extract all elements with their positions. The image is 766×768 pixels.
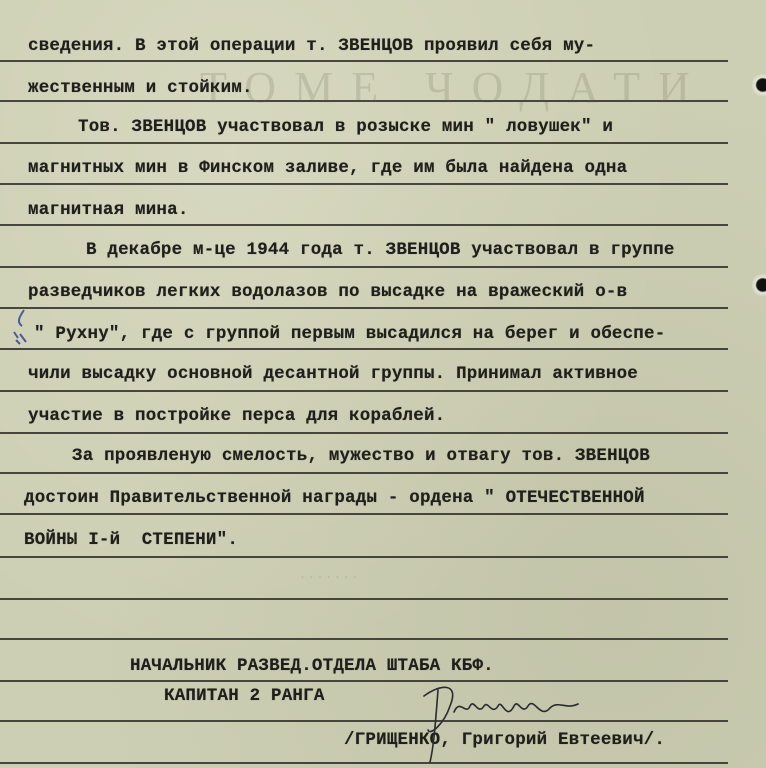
text-line: разведчиков легких водолазов по высадке … [28, 282, 627, 302]
text-line: За проявленую смелость, мужество и отваг… [72, 446, 650, 466]
text-line: магнитная мина. [28, 200, 189, 220]
text-line: Тов. ЗВЕНЦОВ участвовал в розыске мин " … [78, 117, 613, 137]
ruled-line [0, 598, 728, 600]
text-line: В декабре м-це 1944 года т. ЗВЕНЦОВ учас… [86, 240, 675, 260]
ruled-line [0, 348, 728, 350]
text-line: магнитных мин в Финском заливе, где им б… [28, 158, 627, 178]
ruled-line [0, 556, 728, 558]
ruled-line [0, 307, 728, 309]
signatory-position: НАЧАЛЬНИК РАЗВЕД.ОТДЕЛА ШТАБА КБФ. [130, 656, 494, 676]
bleed-through-text: · · · · · · · [300, 570, 357, 587]
punch-hole [752, 272, 766, 298]
ruled-line [0, 432, 728, 434]
ruled-line [0, 638, 728, 640]
ruled-line [0, 142, 728, 144]
ruled-line [0, 720, 728, 722]
ruled-line [0, 390, 728, 392]
text-line: сведения. В этой операции т. ЗВЕНЦОВ про… [28, 36, 595, 56]
ruled-line [0, 680, 728, 682]
bleed-through-text: ТОМЕ ЧОДАТИ [200, 62, 708, 113]
ruled-line [0, 224, 728, 226]
ruled-line [0, 472, 728, 474]
text-line: участие в постройке перса для кораблей. [28, 406, 445, 426]
text-line: " Рухну", где с группой первым высадился… [34, 324, 665, 344]
signatory-rank: КАПИТАН 2 РАНГА [164, 686, 325, 706]
ruled-line [0, 266, 728, 268]
ruled-line [0, 183, 728, 185]
text-line: ВОЙНЫ I-й СТЕПЕНИ". [24, 530, 238, 550]
text-line: чили высадку основной десантной группы. … [28, 364, 638, 384]
ruled-line [0, 762, 728, 764]
pencil-mark-icon [6, 306, 36, 346]
document-page: ТОМЕ ЧОДАТИ · · · · · · · сведения. В эт… [0, 0, 766, 768]
punch-hole [752, 72, 766, 98]
text-line: жественным и стойким. [28, 78, 253, 98]
handwritten-signature-icon [410, 676, 610, 766]
text-line: достоин Правительственной награды - орде… [24, 488, 645, 508]
ruled-line [0, 513, 728, 515]
